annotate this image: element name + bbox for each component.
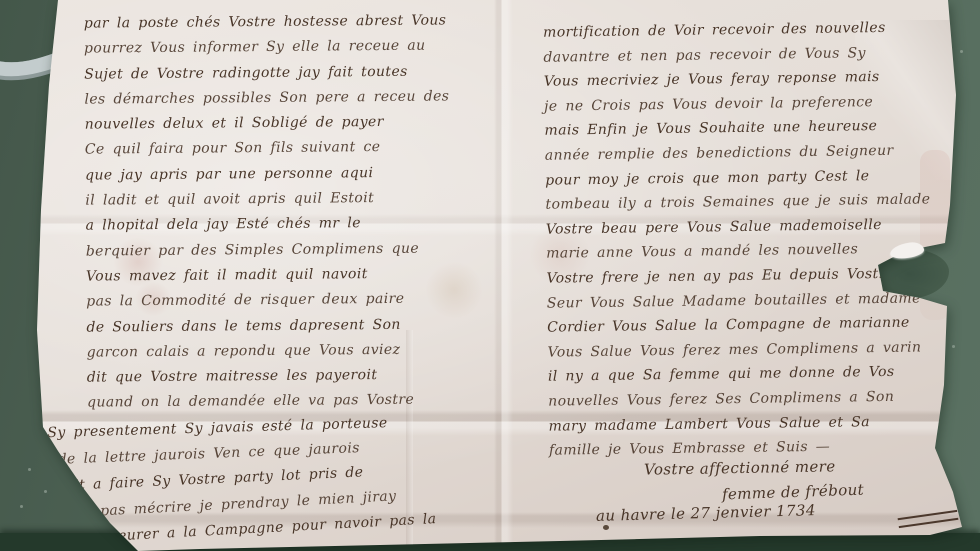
left-page-text: par la poste chés Vostre hostesse abrest… [84, 8, 454, 542]
handwritten-line: de Souliers dans le tems dapresent Son [86, 312, 451, 340]
handwritten-line: il ladit et quil avoit apris quil Estoit [85, 185, 450, 213]
handwritten-line: Vous mavez fait il madit quil navoit [86, 261, 451, 289]
handwritten-line: Ce quil faira pour Son fils suivant ce [85, 135, 450, 163]
signature-flourish [898, 510, 959, 528]
handwritten-line: a lhopital dela jay Esté chés mr le [85, 211, 450, 239]
handwritten-line: nouvelles delux et il Sobligé de payer [85, 110, 450, 138]
handwritten-line: dit que Vostre maitresse les payeroit [87, 363, 452, 391]
handwritten-line: les démarches possibles Son pere a receu… [84, 84, 449, 112]
handwritten-line: que jay apris par une personne aqui [85, 160, 450, 188]
handwritten-line: berquier par des Simples Complimens que [86, 236, 451, 264]
signature: femme de frébout [722, 481, 865, 504]
right-page-text: mortification de Voir recevoir des nouve… [543, 15, 934, 463]
handwritten-line: pas la Commodité de risquer deux paire [86, 287, 451, 315]
handwritten-line: Sujet de Vostre radingotte jay fait tout… [84, 59, 449, 87]
valediction: Vostre affectionné mere [644, 457, 836, 478]
handwritten-line: par la poste chés Vostre hostesse abrest… [84, 8, 449, 36]
letter-paper: par la poste chés Vostre hostesse abrest… [0, 0, 980, 551]
handwritten-line: pourrez Vous informer Sy elle la receue … [84, 34, 449, 62]
dateline: au havre le 27 jenvier 1734 [596, 501, 816, 525]
ink-speck [603, 525, 609, 530]
letter-paper-wrap: par la poste chés Vostre hostesse abrest… [0, 0, 980, 551]
photo-of-letter: par la poste chés Vostre hostesse abrest… [0, 0, 980, 551]
handwritten-line: garcon calais a repondu que Vous aviez [87, 337, 452, 365]
